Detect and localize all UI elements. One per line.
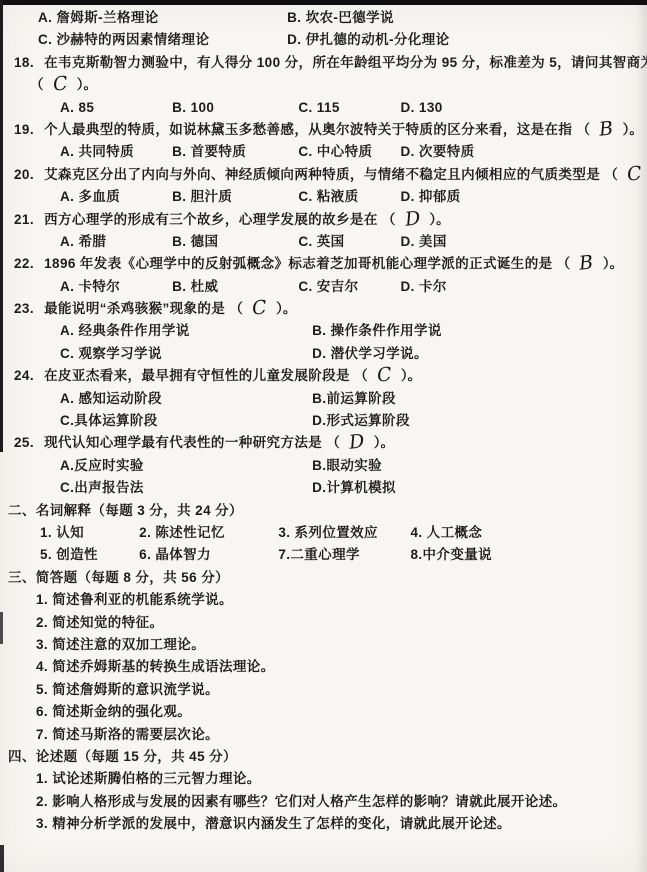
question-20-options: A. 多血质 B. 胆汁质 C. 粘液质 D. 抑郁质 <box>0 186 647 208</box>
question-21-options: A. 希腊 B. 德国 C. 英国 D. 美国 <box>0 231 647 253</box>
question-25-stem: 25. 现代认知心理学最有代表性的一种研究方法是 （ D ）。 <box>0 432 647 454</box>
term-item: 3. 系列位置效应 <box>278 522 406 544</box>
glossary-terms-row-2: 5. 创造性 6. 晶体智力 7.二重心理学 8.中介变量说 <box>0 544 647 566</box>
mc-option: A. 詹姆斯-兰格理论 <box>38 7 283 29</box>
question-stem: 在皮亚杰看来，最早拥有守恒性的儿童发展阶段是 <box>44 368 350 383</box>
mc-option: A. 共同特质 <box>60 141 168 163</box>
question-24-options-row-2: C.具体运算阶段 D.形式运算阶段 <box>0 410 647 432</box>
mc-option: D. 卡尔 <box>400 276 446 298</box>
answer-paren-open: （ <box>576 122 590 137</box>
question-20-stem: 20. 艾森克区分出了内向与外向、神经质倾向两种特质，与情绪不稳定且内倾相应的气… <box>0 164 647 186</box>
question-25-options-row-2: C.出声报告法 D.计算机模拟 <box>0 477 647 499</box>
mc-option: B. 操作条件作用学说 <box>312 320 442 342</box>
question-number: 24. <box>14 368 34 383</box>
question-stem: 艾森克区分出了内向与外向、神经质倾向两种特质，与情绪不稳定且内倾相应的气质类型是 <box>44 167 600 182</box>
mc-option: C. 中心特质 <box>298 141 396 163</box>
scan-edge-top <box>0 0 647 5</box>
question-18-answer-line: （ C ）。 <box>0 74 647 96</box>
answer-paren-close: ）。 <box>401 368 421 383</box>
mc-option: A. 感知运动阶段 <box>60 388 308 410</box>
term-item: 8.中介变量说 <box>410 544 492 566</box>
mc-option: C. 粘液质 <box>298 186 396 208</box>
question-stem: 个人最典型的特质，如说林黛玉多愁善感，从奥尔波特关于特质的区分来看，这是在指 <box>44 122 572 137</box>
scanned-exam-page: A. 詹姆斯-兰格理论 B. 坎农-巴德学说 C. 沙赫特的两因素情绪理论 D.… <box>0 0 647 872</box>
short-answer-item: 2. 简述知觉的特征。 <box>0 612 647 634</box>
section-heading-short-answer: 三、简答题（每题 8 分，共 56 分） <box>0 567 647 589</box>
carryover-options-row-1: A. 詹姆斯-兰格理论 B. 坎农-巴德学说 <box>0 7 647 29</box>
term-item: 5. 创造性 <box>40 544 135 566</box>
question-number: 25. <box>14 435 34 450</box>
answer-paren-close: ）。 <box>77 77 97 92</box>
handwritten-answer: D <box>348 433 366 454</box>
question-18-options: A. 85 B. 100 C. 115 D. 130 <box>0 97 647 119</box>
answer-paren-close: ）。 <box>374 435 394 450</box>
handwritten-answer: C <box>376 366 393 386</box>
mc-option: B. 坎农-巴德学说 <box>287 7 394 29</box>
mc-option: D. 次要特质 <box>400 141 474 163</box>
answer-paren-open: （ <box>354 368 368 383</box>
answer-paren-open: （ <box>557 256 571 271</box>
question-18-stem: 18. 在韦克斯勒智力测验中，有人得分 100 分，所在年龄组平均分为 95 分… <box>0 52 647 74</box>
question-23-options-row-2: C. 观察学习学说 D. 潜伏学习学说。 <box>0 343 647 365</box>
mc-option: B. 100 <box>172 97 294 119</box>
answer-paren-open: （ <box>382 212 396 227</box>
mc-option: A. 85 <box>60 97 168 119</box>
short-answer-item: 3. 简述注意的双加工理论。 <box>0 634 647 656</box>
mc-option: B.眼动实验 <box>312 455 382 477</box>
mc-option: A. 经典条件作用学说 <box>60 320 308 342</box>
mc-option: A.反应时实验 <box>60 455 308 477</box>
term-item: 1. 认知 <box>40 522 135 544</box>
exam-content: A. 詹姆斯-兰格理论 B. 坎农-巴德学说 C. 沙赫特的两因素情绪理论 D.… <box>0 7 647 835</box>
short-answer-item: 4. 简述乔姆斯基的转换生成语法理论。 <box>0 656 647 678</box>
term-item: 6. 晶体智力 <box>139 544 274 566</box>
term-item: 2. 陈述性记忆 <box>139 522 274 544</box>
question-stem: 现代认知心理学最有代表性的一种研究方法是 <box>44 435 322 450</box>
question-number: 21. <box>14 212 34 227</box>
handwritten-answer: D <box>404 209 422 230</box>
mc-option: D. 美国 <box>400 231 446 253</box>
question-19-stem: 19. 个人最典型的特质，如说林黛玉多愁善感，从奥尔波特关于特质的区分来看，这是… <box>0 119 647 141</box>
question-stem: 西方心理学的形成有三个故乡，心理学发展的故乡是在 <box>44 212 378 227</box>
term-item: 4. 人工概念 <box>410 522 482 544</box>
section-heading-glossary: 二、名词解释（每题 3 分，共 24 分） <box>0 500 647 522</box>
question-22-stem: 22. 1896 年发表《心理学中的反射弧概念》标志着芝加哥机能心理学派的正式诞… <box>0 253 647 275</box>
mc-option: D. 潜伏学习学说。 <box>312 343 428 365</box>
mc-option: C.出声报告法 <box>60 477 308 499</box>
question-stem: 最能说明“杀鸡骇猴”现象的是 <box>44 301 225 316</box>
mc-option: D. 130 <box>400 97 442 119</box>
mc-option: C.具体运算阶段 <box>60 410 308 432</box>
mc-option: B. 胆汁质 <box>172 186 294 208</box>
question-25-options-row-1: A.反应时实验 B.眼动实验 <box>0 455 647 477</box>
question-number: 18. <box>14 55 34 70</box>
short-answer-item: 1. 简述鲁利亚的机能系统学说。 <box>0 589 647 611</box>
mc-option: A. 希腊 <box>60 231 168 253</box>
answer-paren-open: （ <box>30 77 44 92</box>
question-24-stem: 24. 在皮亚杰看来，最早拥有守恒性的儿童发展阶段是 （ C ）。 <box>0 365 647 387</box>
answer-paren-close: ）。 <box>429 212 449 227</box>
question-19-options: A. 共同特质 B. 首要特质 C. 中心特质 D. 次要特质 <box>0 141 647 163</box>
question-21-stem: 21. 西方心理学的形成有三个故乡，心理学发展的故乡是在 （ D ）。 <box>0 209 647 231</box>
answer-paren-open: （ <box>604 167 618 182</box>
mc-option: C. 沙赫特的两因素情绪理论 <box>38 29 283 51</box>
mc-option: B.前运算阶段 <box>312 388 396 410</box>
mc-option: D. 伊扎德的动机-分化理论 <box>287 29 449 51</box>
section-heading-essay: 四、论述题（每题 15 分，共 45 分） <box>0 746 647 768</box>
mc-option: C. 115 <box>298 97 396 119</box>
scan-edge-left-bottom <box>0 845 4 872</box>
short-answer-item: 7. 简述马斯洛的需要层次论。 <box>0 724 647 746</box>
term-item: 7.二重心理学 <box>278 544 406 566</box>
carryover-options-row-2: C. 沙赫特的两因素情绪理论 D. 伊扎德的动机-分化理论 <box>0 29 647 51</box>
mc-option: B. 德国 <box>172 231 294 253</box>
handwritten-answer: B <box>598 119 614 139</box>
handwritten-answer: C <box>52 74 69 94</box>
mc-option: D. 抑郁质 <box>400 186 460 208</box>
mc-option: D.形式运算阶段 <box>312 410 410 432</box>
essay-item: 1. 试论述斯腾伯格的三元智力理论。 <box>0 768 647 790</box>
mc-option: A. 卡特尔 <box>60 276 168 298</box>
mc-option: C. 观察学习学说 <box>60 343 308 365</box>
handwritten-answer: B <box>578 254 594 274</box>
question-number: 20. <box>14 167 34 182</box>
handwritten-answer: C <box>626 164 643 184</box>
question-number: 23. <box>14 301 34 316</box>
answer-paren-open: （ <box>229 301 243 316</box>
question-stem: 1896 年发表《心理学中的反射弧概念》标志着芝加哥机能心理学派的正式诞生的是 <box>44 256 552 271</box>
mc-option: A. 多血质 <box>60 186 168 208</box>
answer-paren-close: ）。 <box>276 301 296 316</box>
question-stem: 在韦克斯勒智力测验中，有人得分 100 分，所在年龄组平均分为 95 分，标准差… <box>44 55 647 70</box>
answer-paren-close: ）。 <box>603 256 623 271</box>
short-answer-item: 5. 简述詹姆斯的意识流学说。 <box>0 679 647 701</box>
question-number: 19. <box>14 122 34 137</box>
question-23-stem: 23. 最能说明“杀鸡骇猴”现象的是 （ C ）。 <box>0 298 647 320</box>
answer-paren-open: （ <box>326 435 340 450</box>
question-22-options: A. 卡特尔 B. 杜威 C. 安吉尔 D. 卡尔 <box>0 276 647 298</box>
question-23-options-row-1: A. 经典条件作用学说 B. 操作条件作用学说 <box>0 320 647 342</box>
mc-option: D.计算机模拟 <box>312 477 396 499</box>
mc-option: C. 安吉尔 <box>298 276 396 298</box>
question-24-options-row-1: A. 感知运动阶段 B.前运算阶段 <box>0 388 647 410</box>
glossary-terms-row-1: 1. 认知 2. 陈述性记忆 3. 系列位置效应 4. 人工概念 <box>0 522 647 544</box>
mc-option: B. 杜威 <box>172 276 294 298</box>
mc-option: B. 首要特质 <box>172 141 294 163</box>
answer-paren-close: ）。 <box>623 122 643 137</box>
essay-item: 3. 精神分析学派的发展中，潜意识内涵发生了怎样的变化，请就此展开论述。 <box>0 813 647 835</box>
essay-item: 2. 影响人格形成与发展的因素有哪些？它们对人格产生怎样的影响？请就此展开论述。 <box>0 791 647 813</box>
short-answer-item: 6. 简述斯金纳的强化观。 <box>0 701 647 723</box>
handwritten-answer: C <box>251 298 268 318</box>
question-number: 22. <box>14 256 34 271</box>
mc-option: C. 英国 <box>298 231 396 253</box>
